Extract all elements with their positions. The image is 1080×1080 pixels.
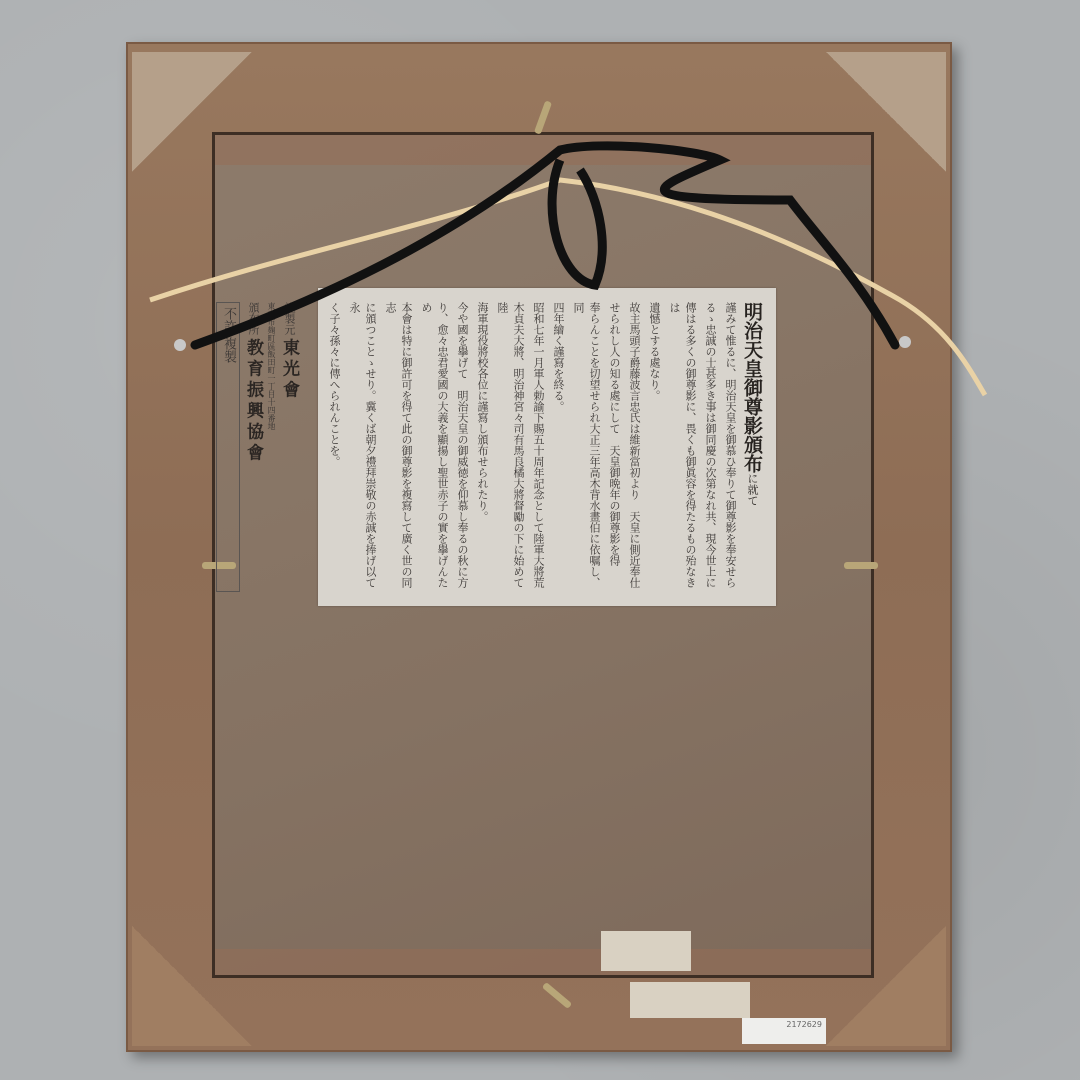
screw-eye-left: [174, 339, 186, 351]
hanging-cord: [0, 0, 1080, 1080]
screw-eye-right: [899, 336, 911, 348]
inventory-sticker: 2172629: [742, 1018, 826, 1044]
sticker-number: 2172629: [786, 1020, 822, 1029]
